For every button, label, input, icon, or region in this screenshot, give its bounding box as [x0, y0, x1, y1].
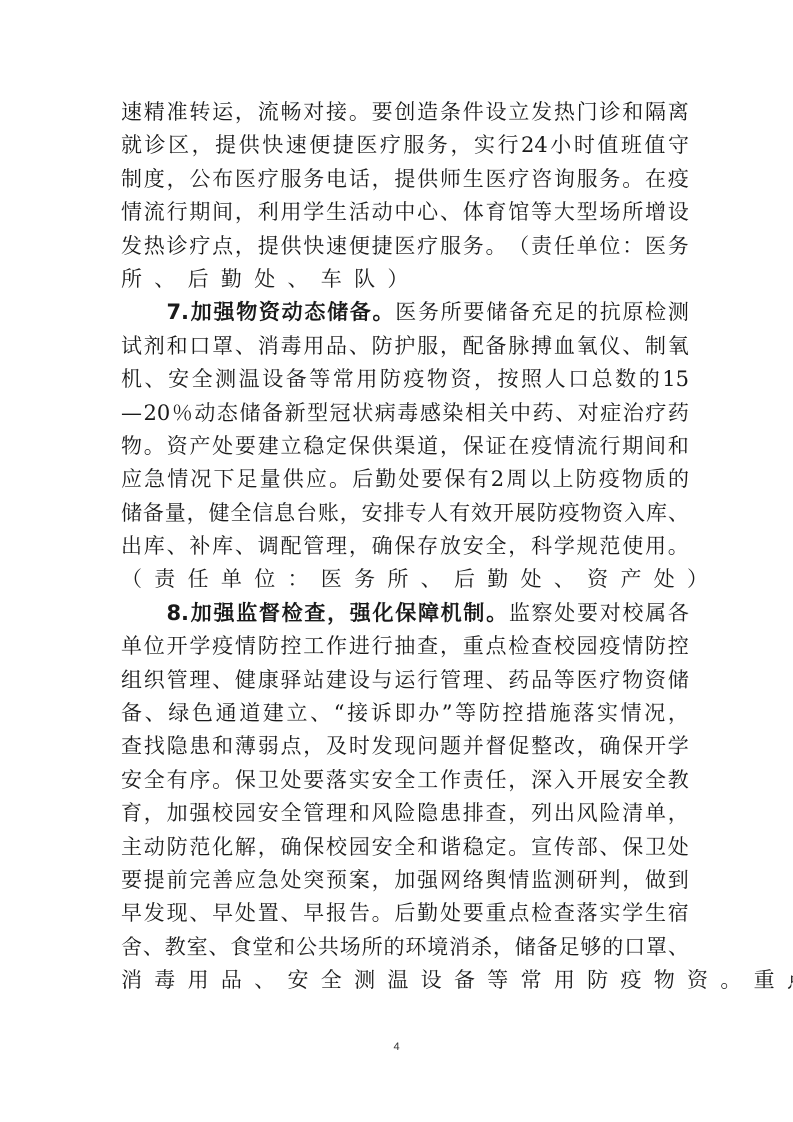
- text-line: 发热诊疗点，提供快速便捷医疗服务。（责任单位：医务: [121, 230, 689, 263]
- text-line: —20％动态储备新型冠状病毒感染相关中药、对症治疗药: [121, 397, 689, 430]
- text-line: （责任单位：医务所、后勤处、资产处）: [121, 563, 689, 596]
- text-line: 就诊区，提供快速便捷医疗服务，实行24小时值班值守: [121, 129, 689, 162]
- document-body: 速精准转运，流畅对接。要创造条件设立发热门诊和隔离就诊区，提供快速便捷医疗服务，…: [121, 96, 689, 998]
- text-line: 育，加强校园安全管理和风险隐患排查，列出风险清单，: [121, 797, 689, 830]
- text-line: 组织管理、健康驿站建设与运行管理、药品等医疗物资储: [121, 664, 689, 697]
- indent-space: [144, 296, 165, 329]
- paragraph-start-line: 8.加强监督检查，强化保障机制。监察处要对校属各: [121, 597, 689, 630]
- text-line: 机、安全测温设备等常用防疫物资，按照人口总数的15: [121, 363, 689, 396]
- indent-space: [121, 597, 142, 630]
- text-line: 情流行期间，利用学生活动中心、体育馆等大型场所增设: [121, 196, 689, 229]
- text-line: 单位开学疫情防控工作进行抽查，重点检查校园疫情防控: [121, 630, 689, 663]
- indent-space: [144, 597, 165, 630]
- text-line: 储备量，健全信息台账，安排专人有效开展防疫物资入库、: [121, 497, 689, 530]
- text-line: 速精准转运，流畅对接。要创造条件设立发热门诊和隔离: [121, 96, 689, 129]
- text-line: 主动防范化解，确保校园安全和谐稳定。宣传部、保卫处: [121, 831, 689, 864]
- text-line: 早发现、早处置、早报告。后勤处要重点检查落实学生宿: [121, 897, 689, 930]
- text-line: 出库、补库、调配管理，确保存放安全，科学规范使用。: [121, 530, 689, 563]
- text-line: 所、后勤处、车队）: [121, 263, 689, 296]
- paragraph-start-line: 7.加强物资动态储备。医务所要储备充足的抗原检测: [121, 296, 689, 329]
- text-line: 试剂和口罩、消毒用品、防护服，配备脉搏血氧仪、制氧: [121, 330, 689, 363]
- text-line: 查找隐患和薄弱点，及时发现问题并督促整改，确保开学: [121, 730, 689, 763]
- indent-space: [121, 296, 142, 329]
- text-line: 安全有序。保卫处要落实安全工作责任，深入开展安全教: [121, 764, 689, 797]
- page-number: 4: [0, 1041, 793, 1053]
- text-line: 舍、教室、食堂和公共场所的环境消杀，储备足够的口罩、: [121, 931, 689, 964]
- text-line: 应急情况下足量供应。后勤处要保有2周以上防疫物质的: [121, 463, 689, 496]
- text-line: 制度，公布医疗服务电话，提供师生医疗咨询服务。在疫: [121, 163, 689, 196]
- text-line: 物。资产处要建立稳定保供渠道，保证在疫情流行期间和: [121, 430, 689, 463]
- text-line: 要提前完善应急处突预案，加强网络舆情监测研判，做到: [121, 864, 689, 897]
- text-line: 备、绿色通道建立、“接诉即办”等防控措施落实情况，: [121, 697, 689, 730]
- text-line: 消毒用品、安全测温设备等常用防疫物资。重点检查学校: [121, 964, 689, 997]
